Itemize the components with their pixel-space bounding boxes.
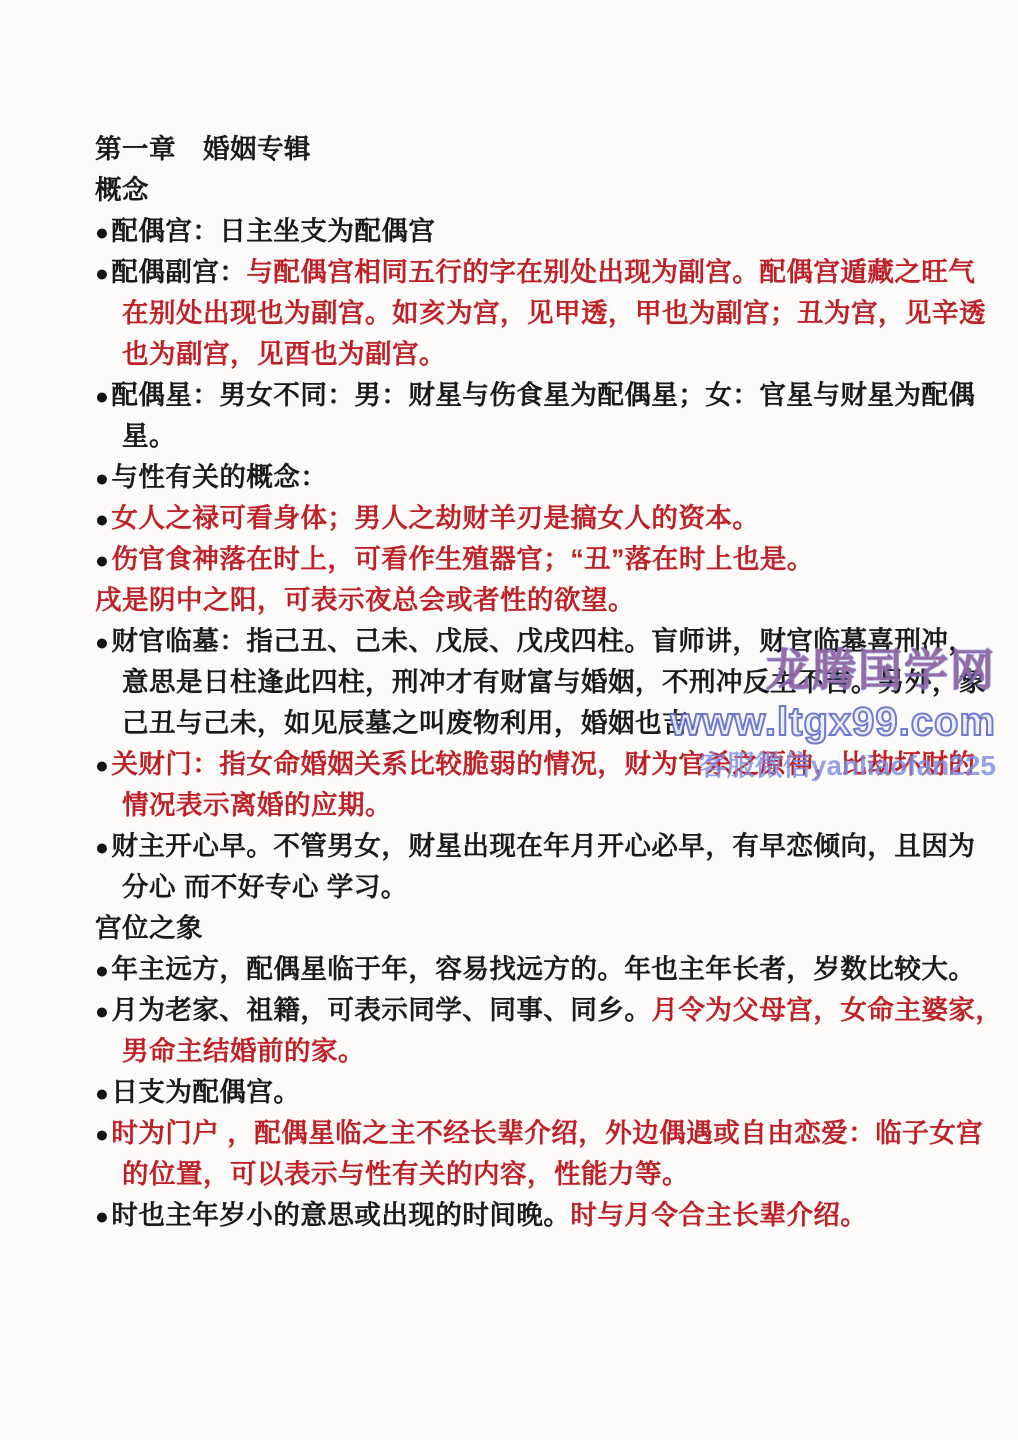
text-line: 星。	[95, 416, 935, 457]
text-segment: 配偶宫：日主坐支为配偶宫	[111, 216, 435, 246]
text-segment: 与性有关的概念：	[111, 462, 327, 492]
bullet-line: ●伤官食神落在时上，可看作生殖器官；“丑”落在时上也是。	[95, 539, 935, 580]
text-segment: 也为副宫，见酉也为副宫。	[122, 339, 446, 369]
bullet-icon: ●	[95, 540, 109, 581]
text-line: 也为副宫，见酉也为副宫。	[95, 334, 935, 375]
text-segment: 日支为配偶宫。	[111, 1077, 300, 1107]
text-segment: 意思是日柱逢此四柱，刑冲才有财富与婚姻，不刑冲反主不吉。另外，象	[122, 667, 986, 697]
text-segment: 情况表示离婚的应期。	[122, 790, 392, 820]
bullet-line: ●配偶星：男女不同：男：财星与伤食星为配偶星；女：官星与财星为配偶	[95, 375, 935, 416]
document-lines: 第一章 婚姻专辑概念●配偶宫：日主坐支为配偶宫●配偶副宫：与配偶宫相同五行的字在…	[95, 129, 935, 1236]
text-segment: 年主远方，配偶星临于年，容易找远方的。年也主年长者，岁数比较大。	[111, 954, 975, 984]
bullet-icon: ●	[95, 212, 109, 253]
bullet-line: ●财官临墓：指己丑、己未、戊辰、戊戌四柱。盲师讲，财官临墓喜刑冲，	[95, 621, 935, 662]
text-line: 在别处出现也为副宫。如亥为宫，见甲透，甲也为副宫；丑为宫，见辛透	[95, 293, 935, 334]
text-line: 的位置，可以表示与性有关的内容，性能力等。	[95, 1154, 935, 1195]
text-segment: 财主开心早。不管男女，财星出现在年月开心必早，有早恋倾向，且因为	[111, 831, 975, 861]
text-segment: 配偶副宫：	[111, 257, 246, 287]
text-segment: 在别处出现也为副宫。如亥为宫，见甲透，甲也为副宫；丑为宫，见辛透	[122, 298, 986, 328]
text-segment: 女人之禄可看身体；男人之劫财羊刃是搞女人的资本。	[111, 503, 759, 533]
bullet-line: ●与性有关的概念：	[95, 457, 935, 498]
bullet-line: ●年主远方，配偶星临于年，容易找远方的。年也主年长者，岁数比较大。	[95, 949, 935, 990]
text-line: 戌是阴中之阳，可表示夜总会或者性的欲望。	[95, 580, 935, 621]
text-line: 意思是日柱逢此四柱，刑冲才有财富与婚姻，不刑冲反主不吉。另外，象	[95, 662, 935, 703]
text-segment: 关财门：指女命婚姻关系比较脆弱的情况，财为官杀之原神，比劫坏财的	[111, 749, 975, 779]
bullet-icon: ●	[95, 622, 109, 663]
text-segment: 时也主年岁小的意思或出现的时间晚。	[111, 1200, 570, 1230]
bullet-icon: ●	[95, 745, 109, 786]
heading-line: 概念	[95, 170, 935, 211]
bullet-icon: ●	[95, 458, 109, 499]
bullet-line: ●财主开心早。不管男女，财星出现在年月开心必早，有早恋倾向，且因为	[95, 826, 935, 867]
text-line: 情况表示离婚的应期。	[95, 785, 935, 826]
bullet-icon: ●	[95, 499, 109, 540]
heading-line: 第一章 婚姻专辑	[95, 129, 935, 170]
text-segment: 配偶星：男女不同：男：财星与伤食星为配偶星；女：官星与财星为配偶	[111, 380, 975, 410]
text-segment: 概念	[95, 175, 149, 205]
text-line: 己丑与己未，如见辰墓之叫废物利用，婚姻也吉。	[95, 703, 935, 744]
text-line: 男命主结婚前的家。	[95, 1031, 935, 1072]
text-segment: 己丑与己未，如见辰墓之叫废物利用，婚姻也吉。	[122, 708, 716, 738]
bullet-icon: ●	[95, 253, 109, 294]
bullet-line: ●配偶副宫：与配偶宫相同五行的字在别处出现为副宫。配偶宫遁藏之旺气	[95, 252, 935, 293]
bullet-line: ●女人之禄可看身体；男人之劫财羊刃是搞女人的资本。	[95, 498, 935, 539]
text-segment: 月令为父母宫，女命主婆家，	[651, 995, 1002, 1025]
bullet-icon: ●	[95, 1196, 109, 1237]
bullet-icon: ●	[95, 376, 109, 417]
bullet-line: ●月为老家、祖籍，可表示同学、同事、同乡。月令为父母宫，女命主婆家，	[95, 990, 935, 1031]
text-segment: 财官临墓：指己丑、己未、戊辰、戊戌四柱。盲师讲，财官临墓喜刑冲，	[111, 626, 975, 656]
text-segment: 月为老家、祖籍，可表示同学、同事、同乡。	[111, 995, 651, 1025]
scanned-document-page: 第一章 婚姻专辑概念●配偶宫：日主坐支为配偶宫●配偶副宫：与配偶宫相同五行的字在…	[0, 0, 1018, 1440]
bullet-icon: ●	[95, 1073, 109, 1114]
text-segment: 的位置，可以表示与性有关的内容，性能力等。	[122, 1159, 689, 1189]
text-segment: 伤官食神落在时上，可看作生殖器官；“丑”落在时上也是。	[111, 544, 814, 574]
bullet-icon: ●	[95, 950, 109, 991]
bullet-icon: ●	[95, 1114, 109, 1155]
text-segment: 男命主结婚前的家。	[122, 1036, 365, 1066]
bullet-line: ●时也主年岁小的意思或出现的时间晚。时与月令合主长辈介绍。	[95, 1195, 935, 1236]
bullet-icon: ●	[95, 991, 109, 1032]
bullet-line: ●日支为配偶宫。	[95, 1072, 935, 1113]
text-segment: 时为门户 ，配偶星临之主不经长辈介绍，外边偶遇或自由恋爱：临子女宫	[111, 1118, 983, 1148]
text-line: 分心 而不好专心 学习。	[95, 867, 935, 908]
bullet-icon: ●	[95, 827, 109, 868]
text-segment: 宫位之象	[95, 913, 203, 943]
text-segment: 时与月令合主长辈介绍。	[570, 1200, 867, 1230]
text-segment: 第一章 婚姻专辑	[95, 134, 311, 164]
bullet-line: ●配偶宫：日主坐支为配偶宫	[95, 211, 935, 252]
heading-line: 宫位之象	[95, 908, 935, 949]
bullet-line: ●关财门：指女命婚姻关系比较脆弱的情况，财为官杀之原神，比劫坏财的	[95, 744, 935, 785]
text-segment: 戌是阴中之阳，可表示夜总会或者性的欲望。	[95, 585, 635, 615]
bullet-line: ●时为门户 ，配偶星临之主不经长辈介绍，外边偶遇或自由恋爱：临子女宫	[95, 1113, 935, 1154]
text-segment: 分心 而不好专心 学习。	[122, 872, 408, 902]
text-segment: 星。	[122, 421, 176, 451]
text-segment: 与配偶宫相同五行的字在别处出现为副宫。配偶宫遁藏之旺气	[246, 257, 975, 287]
